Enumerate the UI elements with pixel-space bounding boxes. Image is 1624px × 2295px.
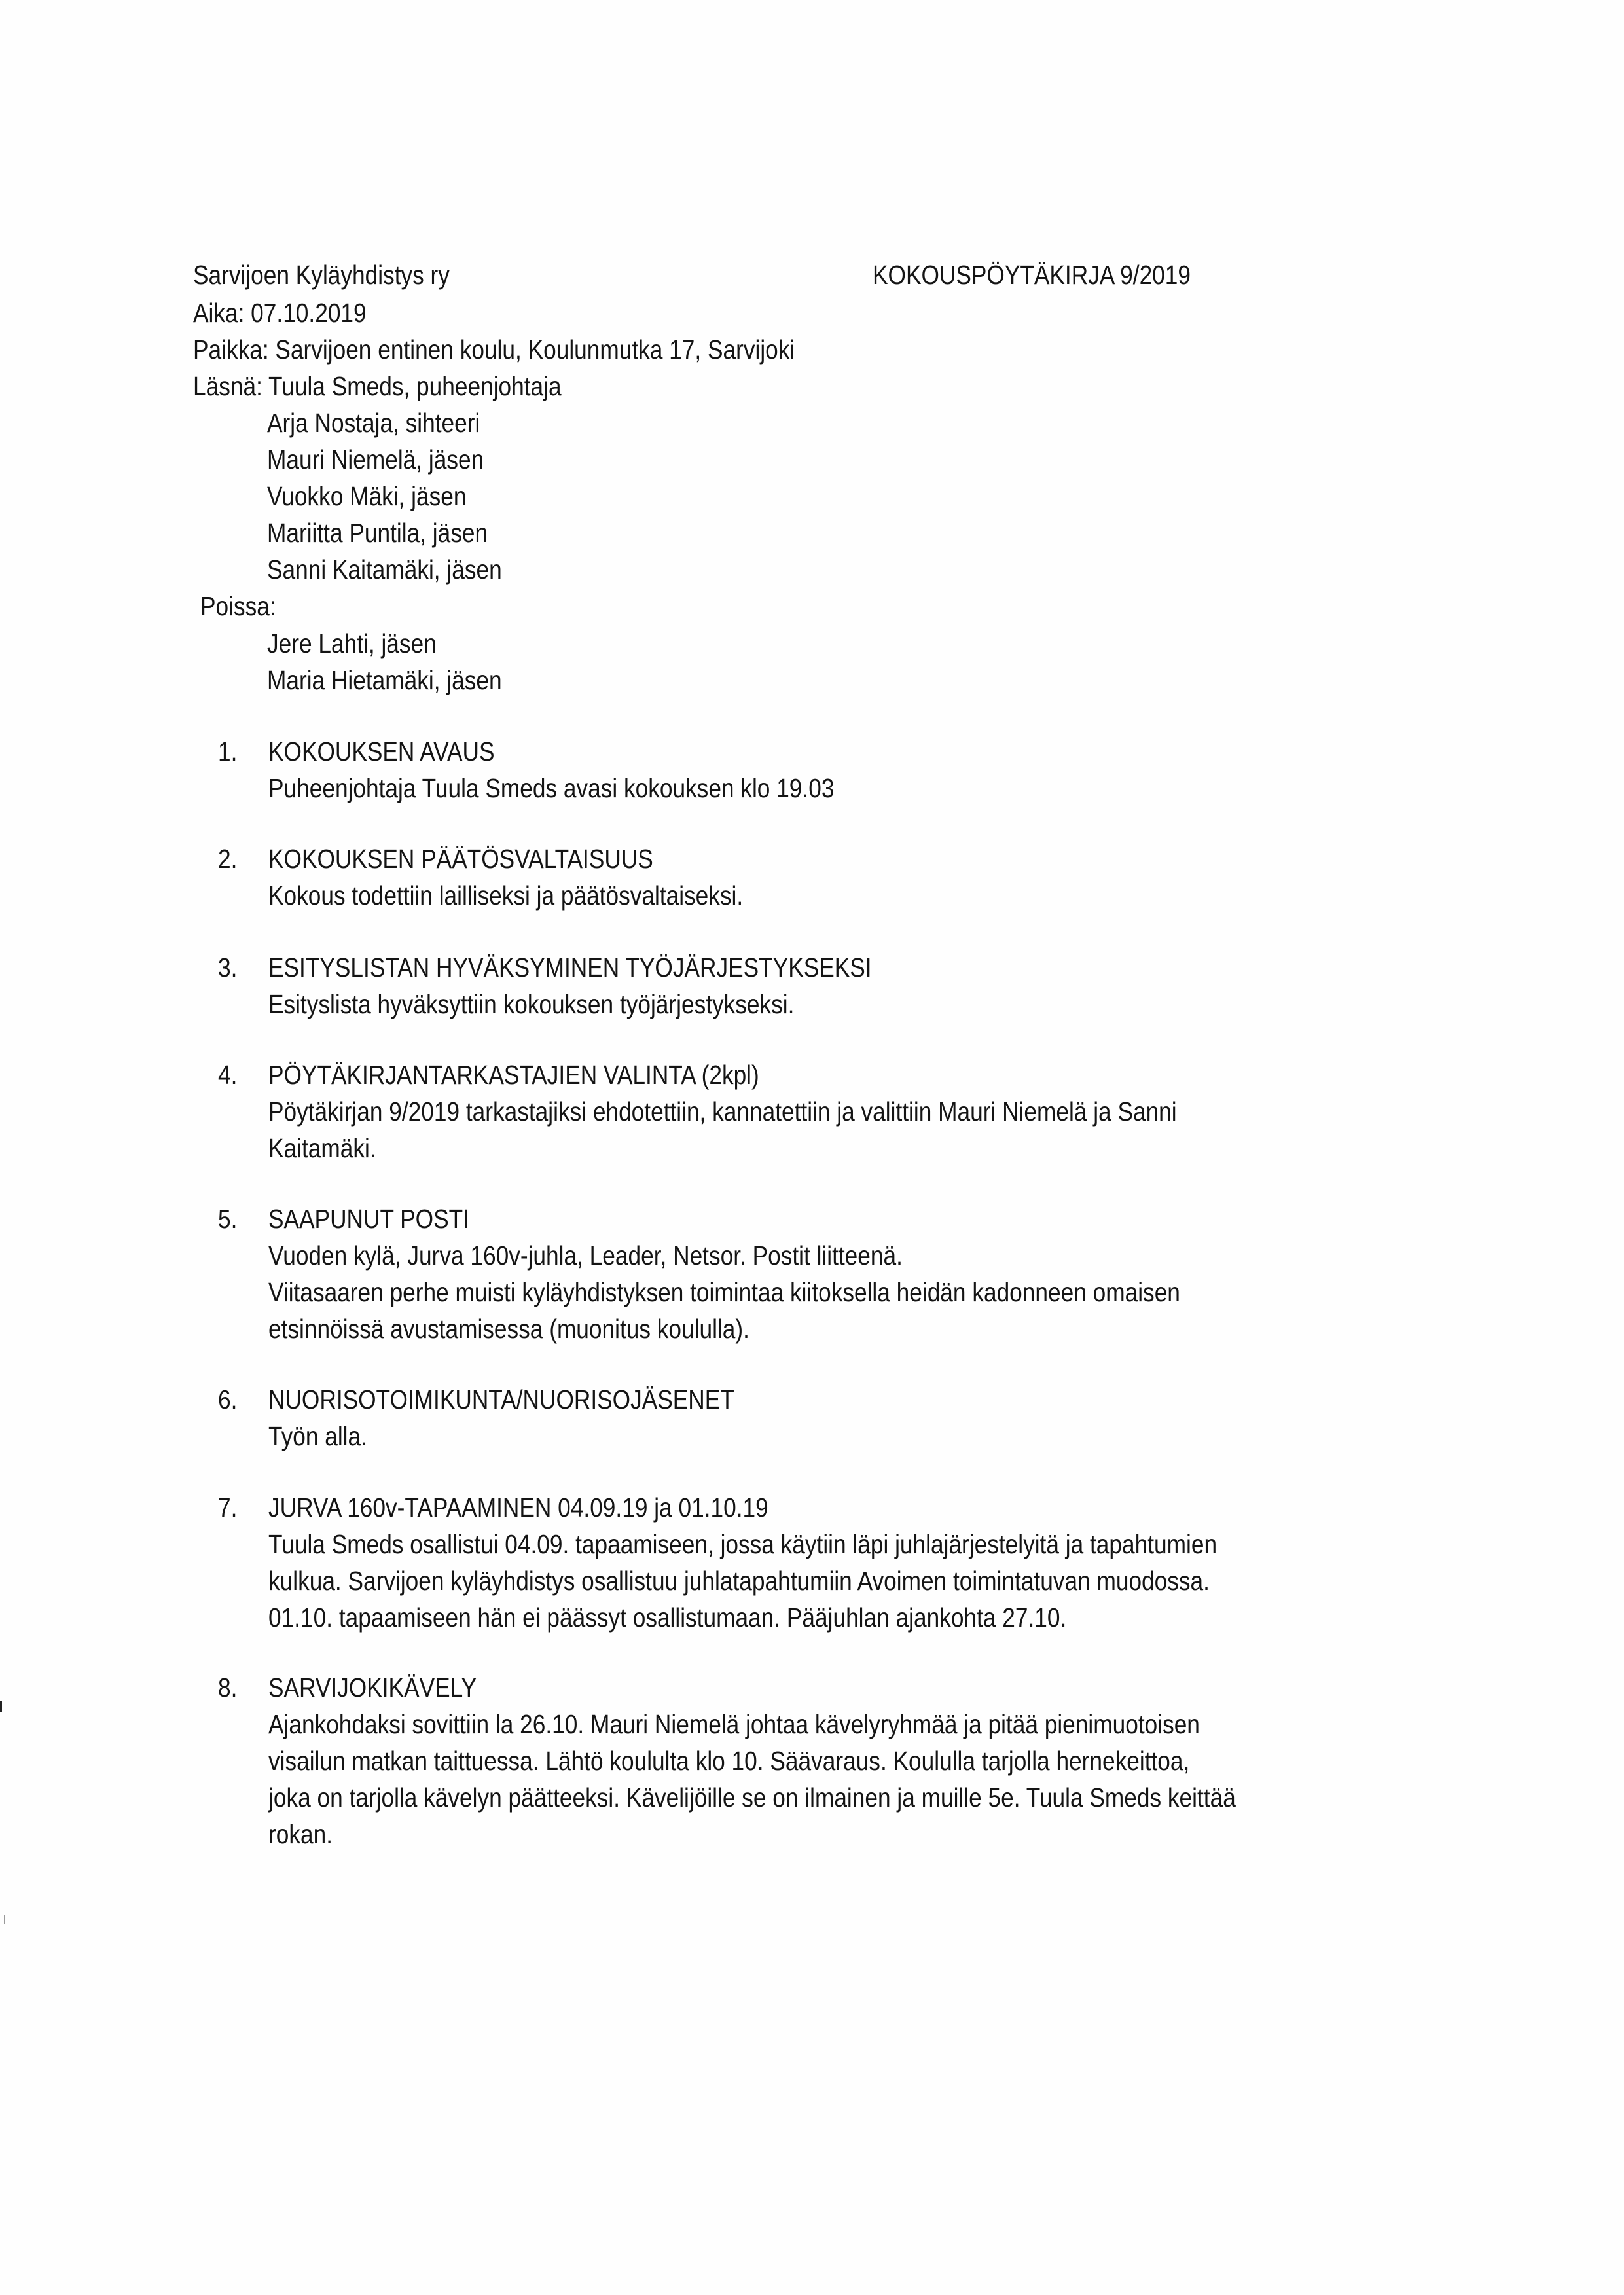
agenda-item-title: SAAPUNUT POSTI [268,1201,469,1237]
agenda-item-body: Esityslista hyväksyttiin kokouksen työjä… [268,986,880,1022]
agenda-item-body: Tuula Smeds osallistui 04.09. tapaamisee… [268,1526,1371,1636]
agenda-item-number: 5. [218,1201,237,1237]
absent-member: Maria Hietamäki, jäsen [267,662,502,698]
body-line: Ajankohdaksi sovittiin la 26.10. Mauri N… [268,1706,1236,1743]
body-line: kulkua. Sarvijoen kyläyhdistys osallistu… [268,1563,1217,1599]
absent-member: Jere Lahti, jäsen [267,625,502,662]
absent-label: Poissa: [200,588,276,624]
present-member: Arja Nostaja, sihteeri [267,405,502,441]
agenda-item-title: SARVIJOKIKÄVELY [268,1669,477,1706]
agenda-item-title: ESITYSLISTAN HYVÄKSYMINEN TYÖJÄRJESTYKSE… [268,949,872,986]
agenda-item-body: Vuoden kylä, Jurva 160v-juhla, Leader, N… [268,1237,1329,1347]
body-line: rokan. [268,1816,1236,1852]
agenda-item-body: Ajankohdaksi sovittiin la 26.10. Mauri N… [268,1706,1393,1852]
body-line: Vuoden kylä, Jurva 160v-juhla, Leader, N… [268,1237,1180,1274]
body-line: Pöytäkirjan 9/2019 tarkastajiksi ehdotet… [268,1093,1177,1130]
agenda-item-number: 2. [218,840,237,877]
agenda-item-title: KOKOUKSEN PÄÄTÖSVALTAISUUS [268,840,653,877]
document-type-title: KOKOUSPÖYTÄKIRJA 9/2019 [873,257,1191,293]
agenda-item-number: 4. [218,1057,237,1093]
scanned-document-page: Sarvijoen Kyläyhdistys ry KOKOUSPÖYTÄKIR… [0,0,1624,2295]
scan-artifact-mark [0,1701,2,1712]
agenda-item-body: Pöytäkirjan 9/2019 tarkastajiksi ehdotet… [268,1093,1325,1166]
agenda-item-body: Kokous todettiin lailliseksi ja päätösva… [268,877,820,914]
body-line: etsinnöissä avustamisessa (muonitus koul… [268,1310,1180,1347]
body-line: Kokous todettiin lailliseksi ja päätösva… [268,877,743,914]
agenda-item-title: NUORISOTOIMIKUNTA/NUORISOJÄSENET [268,1381,734,1418]
scan-artifact-mark [4,1915,5,1924]
agenda-item-number: 8. [218,1669,237,1706]
agenda-item-number: 1. [218,733,237,770]
agenda-item-title: JURVA 160v-TAPAAMINEN 04.09.19 ja 01.10.… [268,1489,768,1526]
body-line: Viitasaaren perhe muisti kyläyhdistyksen… [268,1274,1180,1310]
body-line: Esityslista hyväksyttiin kokouksen työjä… [268,986,794,1022]
present-member: Mauri Niemelä, jäsen [267,441,502,478]
meeting-time: Aika: 07.10.2019 [193,295,367,331]
body-line: Puheenjohtaja Tuula Smeds avasi kokoukse… [268,770,834,806]
present-member: Sanni Kaitamäki, jäsen [267,551,502,588]
present-member: Mariitta Puntila, jäsen [267,515,502,551]
present-chair: Läsnä: Tuula Smeds, puheenjohtaja [193,368,562,405]
agenda-item-title: KOKOUKSEN AVAUS [268,733,495,770]
body-line: visailun matkan taittuessa. Lähtö koulul… [268,1743,1236,1779]
meeting-place: Paikka: Sarvijoen entinen koulu, Koulunm… [193,331,795,368]
agenda-item-title: PÖYTÄKIRJANTARKASTAJIEN VALINTA (2kpl) [268,1057,759,1093]
agenda-item-number: 7. [218,1489,237,1526]
agenda-item-body: Puheenjohtaja Tuula Smeds avasi kokoukse… [268,770,926,806]
present-members-list: Arja Nostaja, sihteeri Mauri Niemelä, jä… [267,405,540,588]
agenda-item-number: 3. [218,949,237,986]
organization-name: Sarvijoen Kyläyhdistys ry [193,257,450,293]
body-line: Kaitamäki. [268,1130,1177,1166]
body-line: Tuula Smeds osallistui 04.09. tapaamisee… [268,1526,1217,1563]
agenda-item-number: 6. [218,1381,237,1418]
body-line: 01.10. tapaamiseen hän ei päässyt osalli… [268,1599,1217,1636]
body-line: joka on tarjolla kävelyn päätteeksi. Käv… [268,1779,1236,1816]
body-line: Työn alla. [268,1418,367,1455]
present-member: Vuokko Mäki, jäsen [267,478,502,515]
agenda-item-body: Työn alla. [268,1418,384,1455]
absent-members-list: Jere Lahti, jäsen Maria Hietamäki, jäsen [267,625,540,698]
